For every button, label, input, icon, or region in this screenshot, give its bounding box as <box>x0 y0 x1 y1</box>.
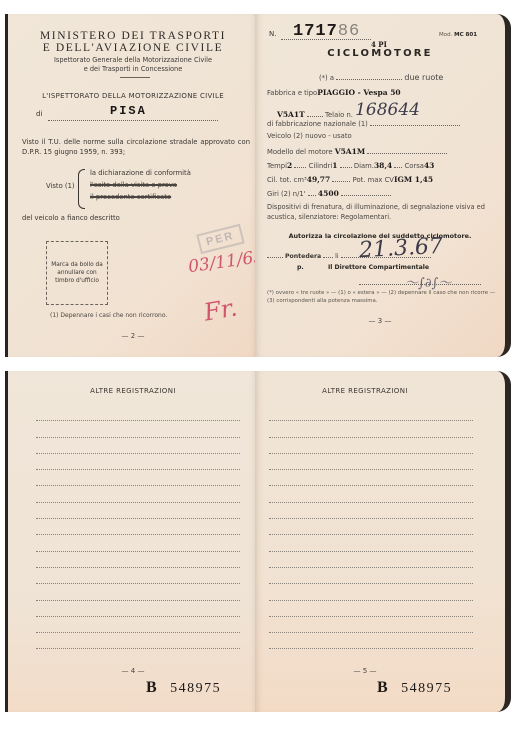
potenza-label: Pot. max CV <box>353 176 394 184</box>
dotted-fill <box>394 160 402 168</box>
entry-line <box>36 438 240 454</box>
page-number: — 3 — <box>255 317 505 325</box>
option-certificate-struck: il precedente certificato <box>90 193 171 201</box>
entry-line <box>36 584 240 600</box>
telaio-row: V5A1T Telaio n. 168644 <box>267 102 495 113</box>
entry-line <box>36 503 240 519</box>
dotted-fill <box>294 160 306 168</box>
entry-line <box>269 519 473 535</box>
engine-specs-row: Tempi2 Cilindri1 Diam.38,4 Corsa43 <box>267 160 495 171</box>
place-suffix: li <box>335 253 338 260</box>
diametro-label: Diam. <box>354 162 374 170</box>
fabbrica-label: Fabbrica e tipo <box>267 89 317 97</box>
motore-row: Modello del motore V5A1M <box>267 146 495 157</box>
entry-line <box>36 535 240 551</box>
entry-line <box>36 568 240 584</box>
entry-line <box>269 568 473 584</box>
entry-line <box>36 486 240 502</box>
entry-line <box>36 601 240 617</box>
dotted-fill <box>308 188 316 196</box>
wheels-suffix: due ruote <box>404 73 443 82</box>
entry-line <box>269 486 473 502</box>
fabbricazione-label: di fabbricazione nazionale (1) <box>267 120 368 128</box>
page-4: ALTRE REGISTRAZIONI — 4 — B548975 <box>5 371 258 712</box>
giri-label: Giri (2) n/1' <box>267 190 306 198</box>
director-signature: ～∫∂∫～ <box>405 272 451 291</box>
telaio-value-handwritten: 168644 <box>355 100 420 120</box>
dotted-fill <box>340 160 352 168</box>
entry-line <box>269 503 473 519</box>
visto-text: Visto il T.U. delle norme sulla circolaz… <box>22 137 250 157</box>
number-label: N. <box>269 30 276 38</box>
dotted-fill <box>341 188 391 196</box>
potenza-value: IGM 1,45 <box>394 175 433 184</box>
motore-value: V5A1M <box>335 147 365 156</box>
registration-lines <box>269 405 473 649</box>
diametro-value: 38,4 <box>374 161 392 170</box>
subtitle-line-2: e dei Trasporti in Concessione <box>8 65 258 74</box>
entry-line <box>269 601 473 617</box>
footnote: (*) ovvero « tre ruote » — (1) o « ester… <box>267 290 497 305</box>
wheels-row: (*) a due ruote <box>319 72 511 83</box>
page-heading: ALTRE REGISTRAZIONI <box>255 387 475 395</box>
registration-lines <box>36 405 240 649</box>
serial-digits: 548975 <box>170 681 221 696</box>
bottom-spread: ALTRE REGISTRAZIONI — 4 — B548975 ALTRE … <box>5 371 512 712</box>
visto-label: Visto (1) <box>46 182 75 190</box>
model-code: Mod. MC 801 <box>439 32 477 38</box>
cilindri-value: 1 <box>332 161 337 170</box>
entry-line <box>36 617 240 633</box>
divider <box>120 77 150 78</box>
di-label: di <box>36 110 42 118</box>
page-number: — 4 — <box>8 667 258 675</box>
entry-line <box>269 438 473 454</box>
vehicle-type-heading: CICLOMOTORE <box>255 48 505 59</box>
page-number: — 5 — <box>255 667 475 675</box>
entry-line <box>269 535 473 551</box>
page-5: ALTRE REGISTRAZIONI — 5 — B548975 <box>255 371 511 712</box>
brace <box>78 169 85 209</box>
dotted-fill <box>267 250 283 258</box>
veicolo-label: Veicolo (2) nuovo - usato <box>267 132 352 140</box>
serial-letter: B <box>377 679 389 696</box>
page-3: N. 171786 Mod. MC 801 4 PI CICLOMOTORE (… <box>255 14 511 357</box>
cilindrata-label: Cil. tot. cm³ <box>267 176 307 184</box>
cilindrata-value: 49,77 <box>307 175 331 184</box>
entry-line <box>269 421 473 437</box>
dotted-fill <box>367 146 447 154</box>
p-label: p. <box>297 264 304 271</box>
model-code-value: MC 801 <box>454 32 477 38</box>
dotted-fill <box>332 174 350 182</box>
director-row: p. Il Direttore Compartimentale <box>297 264 429 271</box>
veicolo-row: Veicolo (2) nuovo - usato <box>267 132 495 143</box>
ministry-line-1: MINISTERO DEI TRASPORTI <box>8 30 258 42</box>
director-title: Il Direttore Compartimentale <box>328 264 429 271</box>
entry-line <box>269 454 473 470</box>
entry-line <box>36 421 240 437</box>
entry-line <box>269 617 473 633</box>
dispositivi-text: Dispositivi di frenatura, di illuminazio… <box>267 202 497 222</box>
place-value: Pontedera <box>285 253 321 260</box>
entry-line <box>36 405 240 421</box>
tempi-value: 2 <box>287 161 292 170</box>
dotted-fill <box>323 250 333 258</box>
number-faint: 86 <box>338 22 360 41</box>
top-spread: MINISTERO DEI TRASPORTI E DELL'AVIAZIONE… <box>5 14 512 357</box>
entry-line <box>36 552 240 568</box>
handwritten-date-red: 03/11/65 <box>187 247 258 277</box>
serial-letter: B <box>146 679 158 696</box>
entry-line <box>36 470 240 486</box>
inspectorate-heading: L'ISPETTORATO DELLA MOTORIZZAZIONE CIVIL… <box>8 92 258 100</box>
cilindrata-row: Cil. tot. cm³49,77 Pot. max CVIGM 1,45 <box>267 174 495 185</box>
cilindri-label: Cilindri <box>309 162 333 170</box>
fabbrica-row: Fabbrica e tipoPIAGGIO - Vespa 50 <box>267 88 495 99</box>
entry-line <box>36 454 240 470</box>
entry-line <box>269 470 473 486</box>
registration-number: 171786 <box>293 22 360 41</box>
giri-row: Giri (2) n/1' 4500 <box>267 188 495 199</box>
dotted-fill <box>336 72 402 80</box>
entry-line <box>269 405 473 421</box>
ministry-subtitle: Ispettorato Generale della Motorizzazion… <box>8 56 258 74</box>
entry-line <box>36 633 240 649</box>
revenue-stamp-box: Marca da bollo da annullare con timbro d… <box>46 241 108 305</box>
subtitle-line-1: Ispettorato Generale della Motorizzazion… <box>8 56 258 65</box>
serial-digits: 548975 <box>401 681 452 696</box>
footnote: (1) Depennare i casi che non ricorrono. <box>50 312 167 319</box>
page-heading: ALTRE REGISTRAZIONI <box>8 387 258 395</box>
page-number: — 2 — <box>8 332 258 340</box>
entry-line <box>269 584 473 600</box>
corsa-label: Corsa <box>405 162 424 170</box>
fabbrica-value: PIAGGIO - Vespa 50 <box>317 88 400 97</box>
dotted-fill <box>370 118 460 126</box>
serial-number: B548975 <box>377 679 452 697</box>
handwritten-signature-red: Fr. <box>202 293 239 326</box>
entry-line <box>269 633 473 649</box>
dotted-fill <box>307 109 323 117</box>
tempi-label: Tempi <box>267 162 287 170</box>
option-conformity: la dichiarazione di conformità <box>90 169 191 177</box>
entry-line <box>36 519 240 535</box>
model-code-label: Mod. <box>439 32 452 38</box>
giri-value: 4500 <box>318 189 339 198</box>
handwritten-date: 21.3.67 <box>358 234 443 263</box>
ministry-line-2: E DELL'AVIAZIONE CIVILE <box>8 42 258 54</box>
entry-line <box>269 552 473 568</box>
corsa-value: 43 <box>424 161 434 170</box>
page-2: MINISTERO DEI TRASPORTI E DELL'AVIAZIONE… <box>5 14 258 357</box>
option-inspection-struck: l'esito della visita e prova <box>90 181 177 189</box>
fabbricazione-row: di fabbricazione nazionale (1) <box>267 118 495 129</box>
city-value: PISA <box>110 104 147 118</box>
wheels-prefix: (*) a <box>319 74 334 82</box>
serial-number: B548975 <box>146 679 221 697</box>
city-field: di PISA <box>48 108 218 121</box>
vehicle-described-line: del veicolo a fianco descritto <box>22 214 120 222</box>
motore-label: Modello del motore <box>267 148 333 156</box>
ministry-title: MINISTERO DEI TRASPORTI E DELL'AVIAZIONE… <box>8 30 258 54</box>
number-printed: 1717 <box>293 22 338 41</box>
